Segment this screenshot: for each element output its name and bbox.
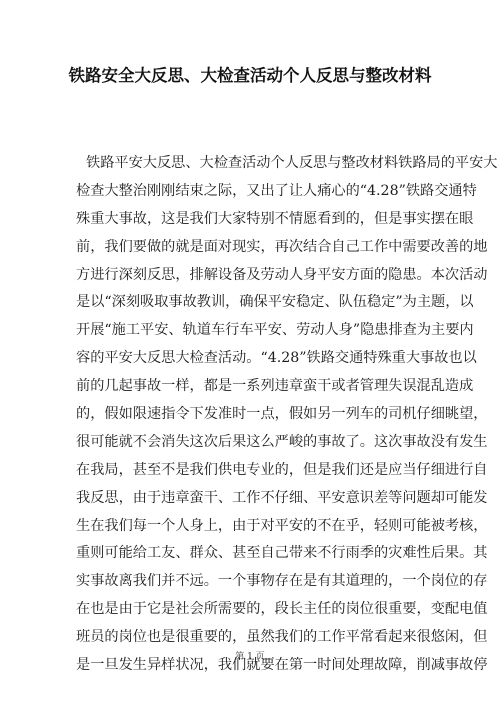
text-line: 重则可能给工友、群众、甚至自己带来不行雨季的灾难性后果。其 <box>76 540 426 568</box>
text-line: 前的几起事故一样，都是一系列违章蛮干或者管理失误混乱造成 <box>76 373 426 401</box>
document-body: 铁路平安大反思、大检查活动个人反思与整改材料铁路局的平安大 检查大整治刚刚结束之… <box>76 150 426 680</box>
page-number: 第 1 页 <box>0 649 500 662</box>
text-line: 是以“深刻吸取事故教训，确保平安稳定、队伍稳定”为主题，以 <box>76 289 426 317</box>
text-line: 容的平安大反思大检查活动。“4.28”铁路交通特殊重大事故也以 <box>76 345 426 373</box>
text-line: 实事故离我们并不远。一个事物存在是有其道理的，一个岗位的存 <box>76 568 426 596</box>
text-line: 检查大整治刚刚结束之际，又出了让人痛心的“4.28”铁路交通特 <box>76 178 426 206</box>
text-line: 开展“施工平安、轨道车行车平安、劳动人身”隐患排查为主要内 <box>76 317 426 345</box>
document-title: 铁路安全大反思、大检查活动个人反思与整改材料 <box>0 62 500 86</box>
text-line: 的，假如限速指令下发准时一点，假如另一列车的司机仔细眺望， <box>76 401 426 429</box>
text-line: 我反思，由于违章蛮干、工作不仔细、平安意识差等问题却可能发 <box>76 485 426 513</box>
text-line: 在我局，甚至不是我们供电专业的，但是我们还是应当仔细进行自 <box>76 457 426 485</box>
text-line: 方进行深刻反思，排解设备及劳动人身平安方面的隐患。本次活动 <box>76 262 426 290</box>
text-line: 班员的岗位也是很重要的，虽然我们的工作平常看起来很悠闲，但 <box>76 624 426 652</box>
text-line: 前，我们要做的就是面对现实，再次结合自己工作中需要改善的地 <box>76 234 426 262</box>
text-line: 殊重大事故，这是我们大家特别不情愿看到的，但是事实摆在眼 <box>76 206 426 234</box>
text-line: 铁路平安大反思、大检查活动个人反思与整改材料铁路局的平安大 <box>76 150 426 178</box>
text-line: 很可能就不会消失这次后果这么严峻的事故了。这次事故没有发生 <box>76 429 426 457</box>
text-line: 在也是由于它是社会所需要的，段长主任的岗位很重要，变配电值 <box>76 596 426 624</box>
text-line: 生在我们每一个人身上，由于对平安的不在乎，轻则可能被考核， <box>76 513 426 541</box>
